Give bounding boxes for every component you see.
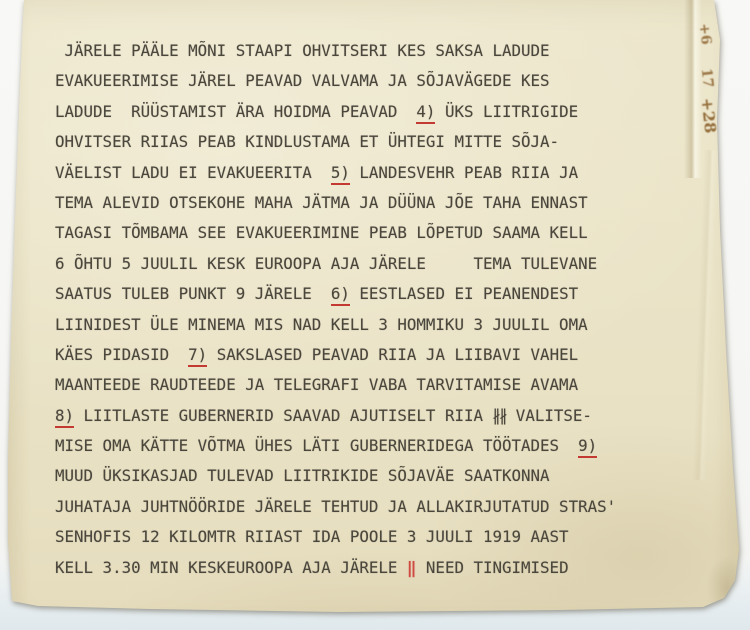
- text-segment: 6 ÕHTU 5 JUULIL KESK EUROOPA AJA JÄRELE …: [55, 254, 597, 273]
- text-segment: OHVITSER RIIAS PEAB KINDLUSTAMA ET ÜHTEG…: [55, 132, 559, 151]
- text-line: VÄELIST LADU EI EVAKUEERITA 5) LANDESVEH…: [55, 158, 723, 188]
- text-segment: VÄELIST LADU EI EVAKUEERITA: [55, 163, 331, 182]
- red-underlined-item-number: 5): [331, 163, 350, 185]
- text-line: 6 ÕHTU 5 JUULIL KESK EUROOPA AJA JÄRELE …: [55, 249, 723, 279]
- text-segment: JÄRELE PÄÄLE MÕNI STAAPI OHVITSERI KES S…: [55, 41, 550, 60]
- text-line: LIINIDEST ÜLE MINEMA MIS NAD KELL 3 HOMM…: [55, 310, 723, 340]
- text-segment: EESTLASED EI PEANENDEST: [350, 284, 578, 303]
- red-underlined-item-number: 4): [416, 102, 435, 124]
- text-segment: SENHOFIS 12 KILOMTR RIIAST IDA POOLE 3 J…: [55, 527, 569, 546]
- text-segment: KELL 3.30 MIN KESKEUROOPA AJA JÄRELE: [55, 558, 407, 577]
- text-line: SENHOFIS 12 KILOMTR RIIAST IDA POOLE 3 J…: [55, 522, 723, 552]
- text-segment: NEED TINGIMISED: [416, 558, 568, 577]
- text-line: TAGASI TÕMBAMA SEE EVAKUEERIMINE PEAB LÕ…: [55, 218, 723, 248]
- text-line: KELL 3.30 MIN KESKEUROOPA AJA JÄRELE ‖ N…: [55, 553, 723, 583]
- red-underlined-item-number: 9): [578, 436, 597, 458]
- red-underlined-item-number: 7): [188, 345, 207, 367]
- text-segment: MISE OMA KÄTTE VÕTMA ÜHES LÄTI GUBERNERI…: [55, 436, 578, 455]
- text-segment: SAKSLASED PEAVAD RIIA JA LIIBAVI VAHEL: [207, 345, 578, 364]
- typewritten-text: JÄRELE PÄÄLE MÕNI STAAPI OHVITSERI KES S…: [55, 36, 723, 583]
- text-line: TEMA ALEVID OTSEKOHE MAHA JÄTMA JA DÜÜNA…: [55, 188, 723, 218]
- paper-sheet: +617+28 JÄRELE PÄÄLE MÕNI STAAPI OHVITSE…: [0, 0, 750, 630]
- red-underlined-item-number: 6): [331, 284, 350, 306]
- text-segment: LIITLASTE GUBERNERID SAAVAD AJUTISELT RI…: [74, 406, 492, 425]
- text-segment: ÜKS LIITRIGIDE: [435, 102, 578, 121]
- text-segment: LIINIDEST ÜLE MINEMA MIS NAD KELL 3 HOMM…: [55, 315, 588, 334]
- text-segment: JUHATAJA JUHTNÖÖRIDE JÄRELE TEHTUD JA AL…: [55, 497, 616, 516]
- text-segment: MAANTEEDE RAUDTEEDE JA TELEGRAFI VABA TA…: [55, 375, 578, 394]
- text-line: MUUD ÜKSIKASJAD TULEVAD LIITRIKIDE SÕJAV…: [55, 461, 723, 491]
- text-line: JÄRELE PÄÄLE MÕNI STAAPI OHVITSERI KES S…: [55, 36, 723, 66]
- scanned-page: +617+28 JÄRELE PÄÄLE MÕNI STAAPI OHVITSE…: [0, 0, 750, 630]
- text-line: OHVITSER RIIAS PEAB KINDLUSTAMA ET ÜHTEG…: [55, 127, 723, 157]
- text-segment: VALITSE-: [506, 406, 592, 425]
- text-segment: EVAKUEERIMISE JÄREL PEAVAD VALVAMA JA SÕ…: [55, 71, 550, 90]
- text-line: EVAKUEERIMISE JÄREL PEAVAD VALVAMA JA SÕ…: [55, 66, 723, 96]
- text-line: 8) LIITLASTE GUBERNERID SAAVAD AJUTISELT…: [55, 401, 723, 431]
- text-segment: LADUDE RÜÜSTAMIST ÄRA HOIDMA PEAVAD: [55, 102, 416, 121]
- text-segment: MUUD ÜKSIKASJAD TULEVAD LIITRIKIDE SÕJAV…: [55, 466, 550, 485]
- text-segment: LANDESVEHR PEAB RIIA JA: [350, 163, 578, 182]
- red-underlined-item-number: 8): [55, 406, 74, 428]
- text-line: SAATUS TULEB PUNKT 9 JÄRELE 6) EESTLASED…: [55, 279, 723, 309]
- text-segment: TAGASI TÕMBAMA SEE EVAKUEERIMINE PEAB LÕ…: [55, 223, 588, 242]
- text-line: KÄES PIDASID 7) SAKSLASED PEAVAD RIIA JA…: [55, 340, 723, 370]
- red-ink-mark: ‖: [407, 558, 417, 577]
- text-line: MAANTEEDE RAUDTEEDE JA TELEGRAFI VABA TA…: [55, 370, 723, 400]
- text-line: LADUDE RÜÜSTAMIST ÄRA HOIDMA PEAVAD 4) Ü…: [55, 97, 723, 127]
- typewriter-strikeout: ∦∦: [493, 406, 507, 425]
- text-line: MISE OMA KÄTTE VÕTMA ÜHES LÄTI GUBERNERI…: [55, 431, 723, 461]
- text-line: JUHATAJA JUHTNÖÖRIDE JÄRELE TEHTUD JA AL…: [55, 492, 723, 522]
- text-segment: TEMA ALEVID OTSEKOHE MAHA JÄTMA JA DÜÜNA…: [55, 193, 588, 212]
- text-segment: KÄES PIDASID: [55, 345, 188, 364]
- text-segment: SAATUS TULEB PUNKT 9 JÄRELE: [55, 284, 331, 303]
